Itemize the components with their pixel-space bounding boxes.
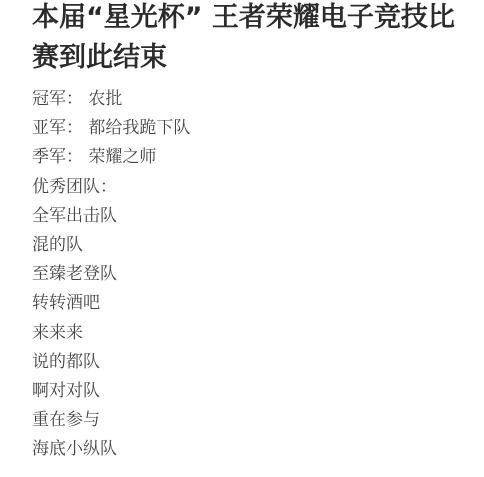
results-list: 冠军： 农批 亚军： 都给我跪下队 季军： 荣耀之师 优秀团队： 全军出击队 混… [32,85,190,464]
third-place-line: 季军： 荣耀之师 [32,143,190,172]
team-item: 来来来 [32,319,190,348]
team-item: 说的都队 [32,348,190,377]
runner-up-line: 亚军： 都给我跪下队 [32,114,190,143]
team-item: 混的队 [32,231,190,260]
champion-line: 冠军： 农批 [32,85,190,114]
excellent-teams-heading: 优秀团队： [32,173,190,202]
team-item: 全军出击队 [32,202,190,231]
team-item: 啊对对队 [32,377,190,406]
team-item: 转转酒吧 [32,289,190,318]
article-title: 本届“星光杯” 王者荣耀电子竞技比赛到此结束 [32,0,472,78]
team-item: 至臻老登队 [32,260,190,289]
team-item: 重在参与 [32,406,190,435]
team-item: 海底小纵队 [32,435,190,464]
